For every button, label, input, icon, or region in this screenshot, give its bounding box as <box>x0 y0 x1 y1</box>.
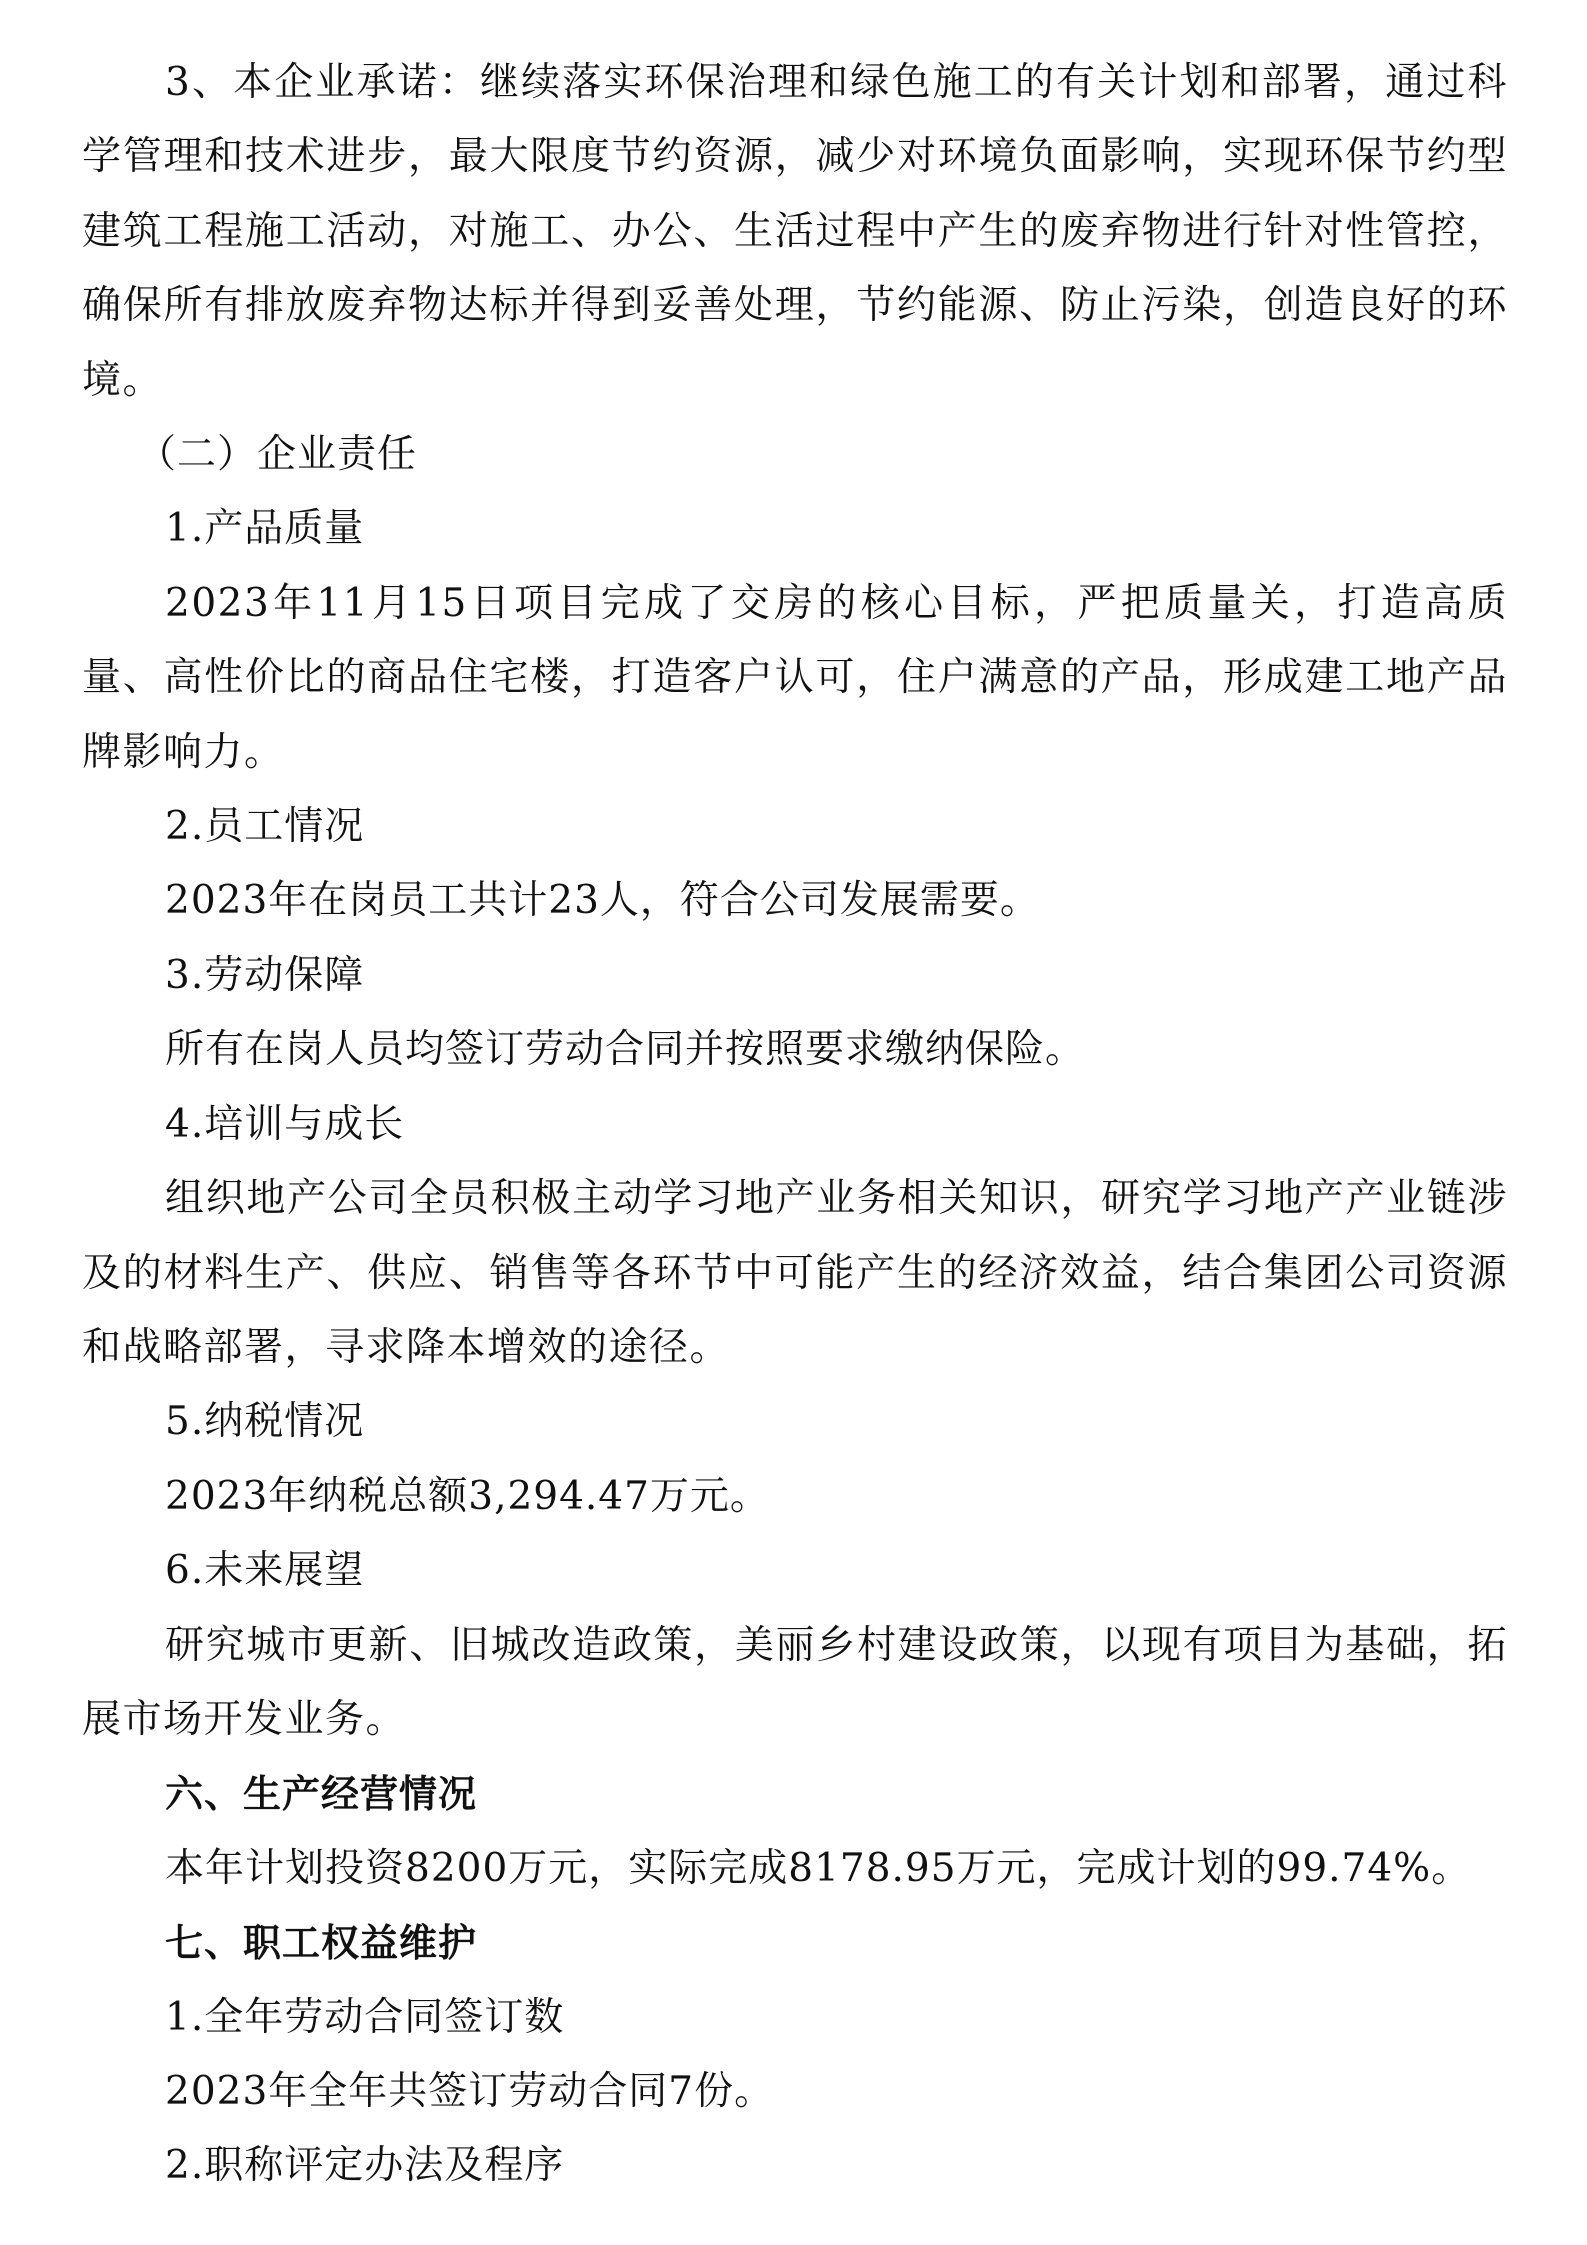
subheading-tax-payment: 5.纳税情况 <box>82 1385 1508 1459</box>
subheading-labor-contracts: 1.全年劳动合同签订数 <box>82 1981 1508 2055</box>
paragraph-production-operations: 本年计划投资8200万元，实际完成8178.95万元，完成计划的99.74%。 <box>82 1832 1508 1906</box>
subheading-training-growth: 4.培训与成长 <box>82 1088 1508 1162</box>
section-heading-corporate-responsibility: （二）企业责任 <box>82 418 1508 492</box>
subheading-future-outlook: 6.未来展望 <box>82 1534 1508 1608</box>
section-heading-employee-rights: 七、职工权益维护 <box>82 1906 1508 1980</box>
subheading-employee-status: 2.员工情况 <box>82 790 1508 864</box>
paragraph-training-growth: 组织地产公司全员积极主动学习地产业务相关知识，研究学习地产产业链涉及的材料生产、… <box>82 1162 1508 1385</box>
paragraph-employee-status: 2023年在岗员工共计23人，符合公司发展需要。 <box>82 864 1508 938</box>
document-page: 3、本企业承诺：继续落实环保治理和绿色施工的有关计划和部署，通过科学管理和技术进… <box>82 46 1508 2204</box>
section-heading-production-operations: 六、生产经营情况 <box>82 1757 1508 1831</box>
subheading-product-quality: 1.产品质量 <box>82 492 1508 566</box>
subheading-labor-protection: 3.劳动保障 <box>82 939 1508 1013</box>
paragraph-labor-contracts: 2023年全年共签订劳动合同7份。 <box>82 2055 1508 2129</box>
paragraph-future-outlook: 研究城市更新、旧城改造政策，美丽乡村建设政策，以现有项目为基础，拓展市场开发业务… <box>82 1609 1508 1758</box>
paragraph-labor-protection: 所有在岗人员均签订劳动合同并按照要求缴纳保险。 <box>82 1013 1508 1087</box>
paragraph-environmental-commitment: 3、本企业承诺：继续落实环保治理和绿色施工的有关计划和部署，通过科学管理和技术进… <box>82 46 1508 418</box>
paragraph-product-quality: 2023年11月15日项目完成了交房的核心目标，严把质量关，打造高质量、高性价比… <box>82 567 1508 790</box>
paragraph-tax-payment: 2023年纳税总额3,294.47万元。 <box>82 1460 1508 1534</box>
subheading-title-evaluation: 2.职称评定办法及程序 <box>82 2129 1508 2203</box>
